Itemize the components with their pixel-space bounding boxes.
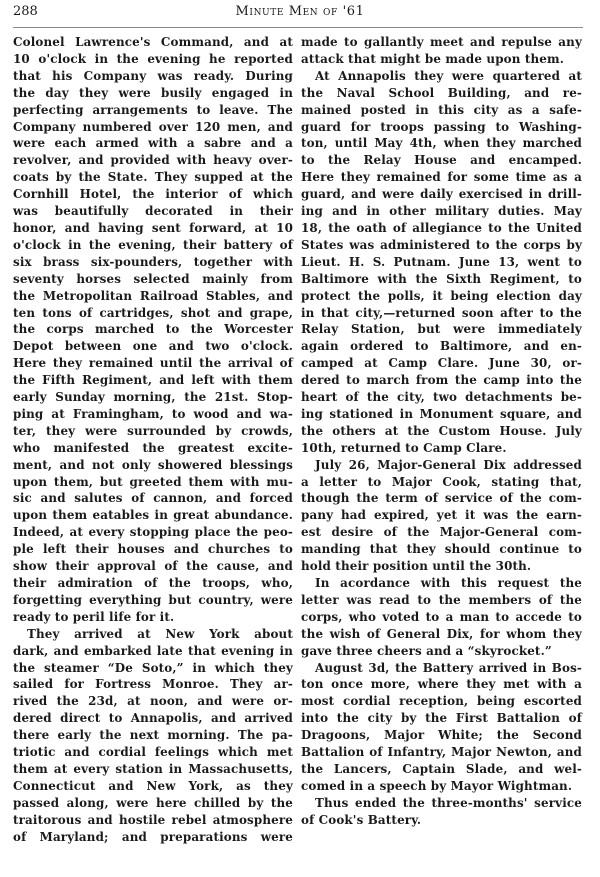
text-line: attack that might be made upon them. — [301, 51, 582, 68]
text-line: the Fifth Regiment, and left with them — [13, 372, 293, 389]
text-line: Indeed, at every stopping place the peo- — [13, 524, 293, 541]
text-line: a letter to Major Cook, stating that, — [301, 474, 582, 491]
text-line: coats by the State. They supped at the — [13, 169, 293, 186]
text-line: ple left their houses and churches to — [13, 541, 293, 558]
text-line: there early the next morning. The pa- — [13, 727, 293, 744]
text-line: in that city,—returned soon after to the — [301, 305, 582, 322]
text-line: upon them, but greeted them with mu- — [13, 474, 293, 491]
text-line: passed along, were here chilled by the — [13, 795, 293, 812]
text-line: early Sunday morning, the 21st. Stop- — [13, 389, 293, 406]
text-line: corps, who voted to a man to accede to — [301, 609, 582, 626]
text-line: pany had expired, yet it was the earn- — [301, 507, 582, 524]
text-line: Here they remained until the arrival of — [13, 355, 293, 372]
text-line: Colonel Lawrence's Command, and at — [13, 34, 293, 51]
text-line: Baltimore with the Sixth Regiment, to — [301, 271, 582, 288]
text-line: the corps marched to the Worcester — [13, 321, 293, 338]
text-line: upon them eatables in great abundance. — [13, 507, 293, 524]
text-line: rived the 23d, at noon, and were or- — [13, 693, 293, 710]
text-line: 18, the oath of allegiance to the United — [301, 220, 582, 237]
text-line: of Maryland; and preparations were — [13, 829, 293, 846]
text-line: seventy horses selected mainly from — [13, 271, 293, 288]
text-line: ton, until May 4th, when they marched — [301, 135, 582, 152]
text-line: the day they were busily engaged in — [13, 85, 293, 102]
text-line: Depot between one and two o'clock. — [13, 338, 293, 355]
text-line: Company numbered over 120 men, and — [13, 119, 293, 136]
text-line: most cordial reception, being escorted — [301, 693, 582, 710]
text-line: their admiration of the troops, who, — [13, 575, 293, 592]
text-line: traitorous and hostile rebel atmosphere — [13, 812, 293, 829]
paragraph: Colonel Lawrence's Command, and at10 o'c… — [13, 34, 293, 626]
text-line: to the Relay House and encamped. — [301, 152, 582, 169]
text-line: Connecticut and New York, as they — [13, 778, 293, 795]
text-line: sic and salutes of cannon, and forced — [13, 490, 293, 507]
text-line: revolver, and provided with heavy over- — [13, 152, 293, 169]
paragraph: They arrived at New York aboutdark, and … — [13, 626, 293, 846]
text-line: mained posted in this city as a safe- — [301, 102, 582, 119]
text-line: ping at Framingham, to wood and wa- — [13, 406, 293, 423]
text-line: the others at the Custom House. July — [301, 423, 582, 440]
text-line: protect the polls, it being election day — [301, 288, 582, 305]
text-line: the steamer “De Soto,” in which they — [13, 660, 293, 677]
text-line: States was administered to the corps by — [301, 237, 582, 254]
text-line: Here they remained for some time as a — [301, 169, 582, 186]
text-line: o'clock in the evening, their battery of — [13, 237, 293, 254]
text-line: 10th, returned to Camp Clare. — [301, 440, 582, 457]
text-line: Battalion of Infantry, Major Newton, and — [301, 744, 582, 761]
text-line: August 3d, the Battery arrived in Bos- — [301, 660, 582, 677]
text-line: heart of the city, two detachments be- — [301, 389, 582, 406]
text-line: were each armed with a sabre and a — [13, 135, 293, 152]
text-line: made to gallantly meet and repulse any — [301, 34, 582, 51]
text-line: letter was read to the members of the — [301, 592, 582, 609]
text-line: the Metropolitan Railroad Stables, and — [13, 288, 293, 305]
paragraph: August 3d, the Battery arrived in Bos-to… — [301, 660, 582, 795]
text-line: ing stationed in Monument square, and — [301, 406, 582, 423]
text-line: est desire of the Major-General com- — [301, 524, 582, 541]
text-line: Lieut. H. S. Putnam. June 13, went to — [301, 254, 582, 271]
text-line: manding that they should continue to — [301, 541, 582, 558]
text-line: gave three cheers and a “skyrocket.” — [301, 643, 582, 660]
text-line: hold their position until the 30th. — [301, 558, 582, 575]
text-line: show their approval of the cause, and — [13, 558, 293, 575]
text-line: sailed for Fortress Monroe. They ar- — [13, 676, 293, 693]
text-line: perfecting arrangements to leave. The — [13, 102, 293, 119]
text-line: Cornhill Hotel, the interior of which — [13, 186, 293, 203]
text-line: dark, and embarked late that evening in — [13, 643, 293, 660]
text-line: the wish of General Dix, for whom they — [301, 626, 582, 643]
text-line: ter, they were surrounded by crowds, — [13, 423, 293, 440]
paragraph: At Annapolis they were quartered atthe N… — [301, 68, 582, 457]
text-line: again ordered to Baltimore, and en- — [301, 338, 582, 355]
left-column: Colonel Lawrence's Command, and at10 o'c… — [13, 34, 293, 846]
text-line: the Lancers, Captain Slade, and wel- — [301, 761, 582, 778]
text-line: the Naval School Building, and re- — [301, 85, 582, 102]
text-line: who manifested the greatest excite- — [13, 440, 293, 457]
paragraph: made to gallantly meet and repulse anyat… — [301, 34, 582, 68]
running-title: Minute Men of '61 — [12, 4, 588, 19]
paragraph: Thus ended the three-months' serviceof C… — [301, 795, 582, 829]
text-line: dered to march from the camp into the — [301, 372, 582, 389]
text-line: ready to peril life for it. — [13, 609, 293, 626]
text-line: July 26, Major-General Dix addressed — [301, 457, 582, 474]
text-line: guard, and were daily exercised in drill… — [301, 186, 582, 203]
text-line: comed in a speech by Mayor Wightman. — [301, 778, 582, 795]
text-line: In acordance with this request the — [301, 575, 582, 592]
paragraph: July 26, Major-General Dix addresseda le… — [301, 457, 582, 575]
text-line: camped at Camp Clare. June 30, or- — [301, 355, 582, 372]
text-line: of Cook's Battery. — [301, 812, 582, 829]
text-line: though the term of service of the com- — [301, 490, 582, 507]
text-line: forgetting everything but country, were — [13, 592, 293, 609]
text-line: honor, and having sent forward, at 10 — [13, 220, 293, 237]
text-line: that his Company was ready. During — [13, 68, 293, 85]
text-line: triotic and cordial feelings which met — [13, 744, 293, 761]
text-line: them at every station in Massachusetts, — [13, 761, 293, 778]
text-line: ing and in other military duties. May — [301, 203, 582, 220]
text-line: guard for troops passing to Washing- — [301, 119, 582, 136]
text-line: Thus ended the three-months' service — [301, 795, 582, 812]
text-line: into the city by the First Battalion of — [301, 710, 582, 727]
text-line: ton once more, where they met with a — [301, 676, 582, 693]
text-line: six brass six-pounders, together with — [13, 254, 293, 271]
page-header: 288 Minute Men of '61 — [12, 2, 588, 24]
right-column: made to gallantly meet and repulse anyat… — [301, 34, 582, 829]
text-line: ment, and not only showered blessings — [13, 457, 293, 474]
text-line: Dragoons, Major White; the Second — [301, 727, 582, 744]
text-line: At Annapolis they were quartered at — [301, 68, 582, 85]
text-line: 10 o'clock in the evening he reported — [13, 51, 293, 68]
header-rule — [13, 27, 583, 28]
text-line: ten tons of cartridges, shot and grape, — [13, 305, 293, 322]
text-line: dered direct to Annapolis, and arrived — [13, 710, 293, 727]
paragraph: In acordance with this request theletter… — [301, 575, 582, 660]
text-line: was beautifully decorated in their — [13, 203, 293, 220]
text-line: They arrived at New York about — [13, 626, 293, 643]
text-line: Relay Station, but were immediately — [301, 321, 582, 338]
